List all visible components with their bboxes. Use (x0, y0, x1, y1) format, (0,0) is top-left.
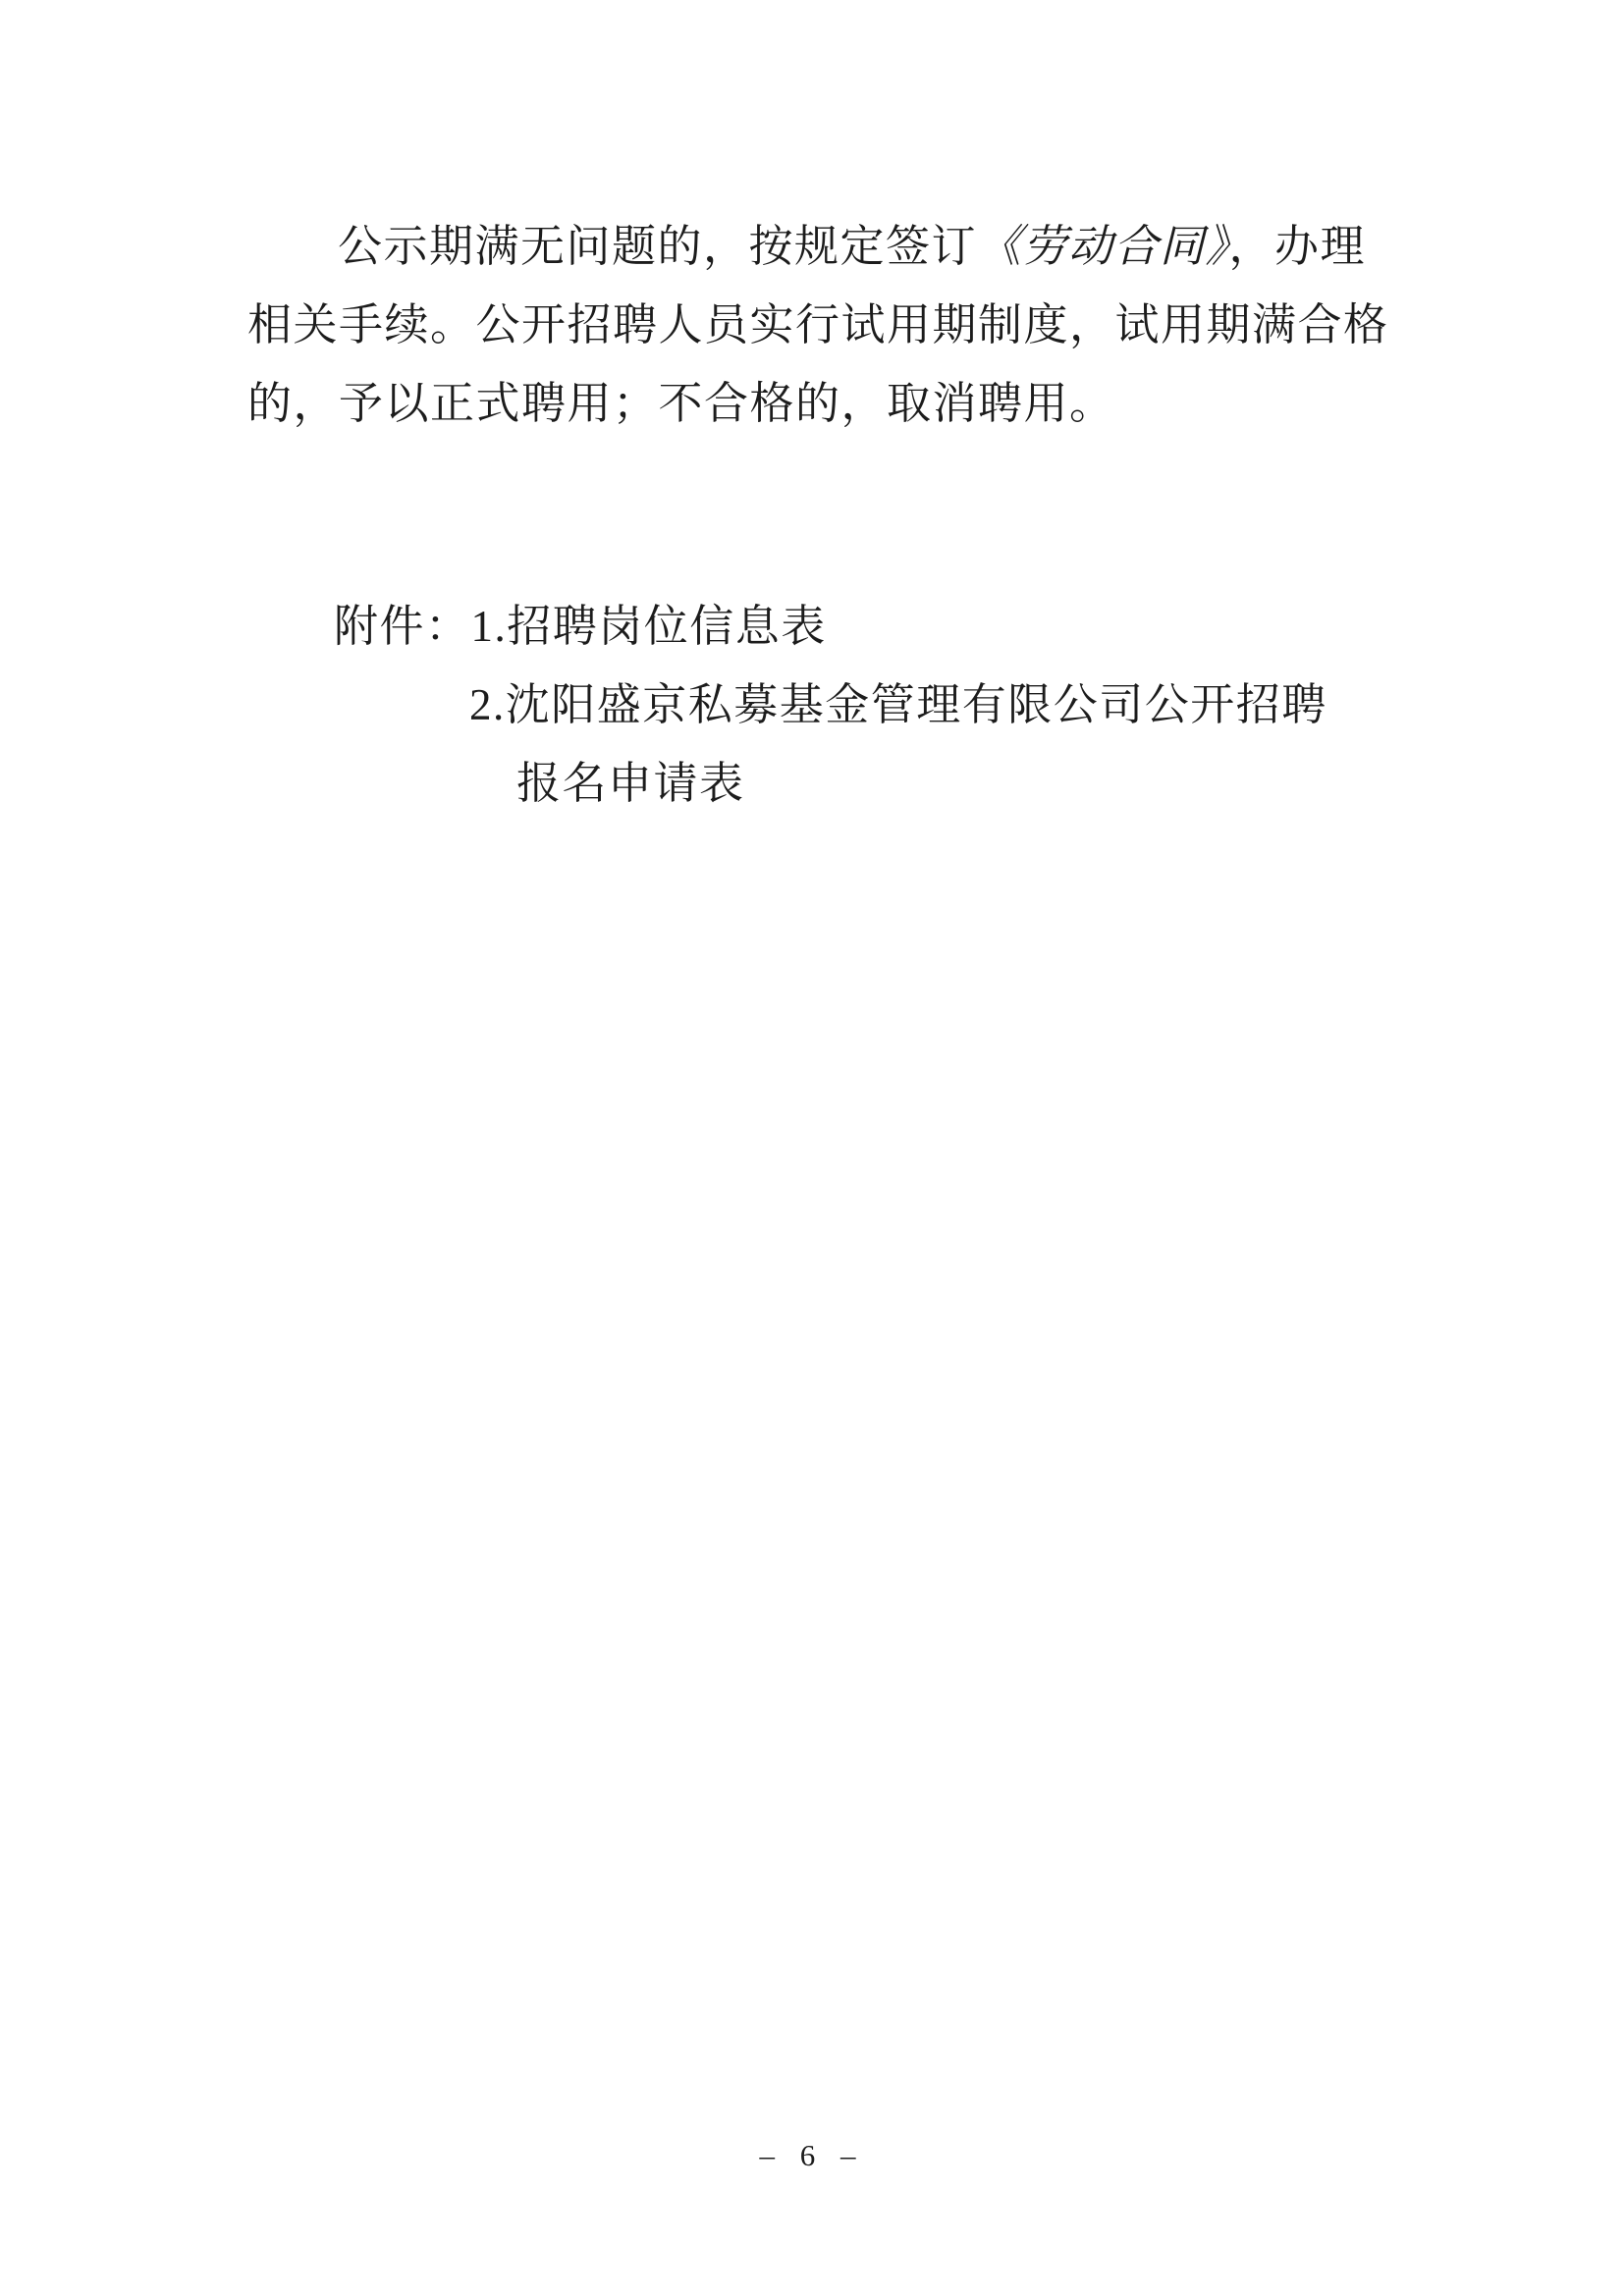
attachment-item-2: 2.沈阳盛京私募基金管理有限公司公开招聘 (469, 666, 1396, 744)
book-title-labor-contract: 《劳动合同》 (977, 222, 1229, 271)
attachment-item-2-continued: 报名申请表 (516, 744, 1396, 823)
paragraph-line-2: 相关手续。公开招聘人员实行试用期制度，试用期满合格 (247, 286, 1396, 364)
page-number: – 6 – (0, 2138, 1624, 2173)
paragraph-line-1-tail: ，办理 (1229, 222, 1367, 271)
paragraph-line-1-text: 公示期满无问题的，按规定签订 (338, 222, 977, 271)
paragraph-line-3: 的，予以正式聘用；不合格的，取消聘用。 (247, 364, 1396, 443)
attachment-item-1: 附件：1.招聘岗位信息表 (334, 587, 1396, 666)
document-page: 公示期满无问题的，按规定签订《劳动合同》，办理 相关手续。公开招聘人员实行试用期… (0, 0, 1624, 2296)
main-paragraph: 公示期满无问题的，按规定签订《劳动合同》，办理 相关手续。公开招聘人员实行试用期… (247, 207, 1396, 443)
paragraph-line-1: 公示期满无问题的，按规定签订《劳动合同》，办理 (247, 207, 1396, 286)
attachments-section: 附件：1.招聘岗位信息表 2.沈阳盛京私募基金管理有限公司公开招聘 报名申请表 (247, 587, 1396, 823)
